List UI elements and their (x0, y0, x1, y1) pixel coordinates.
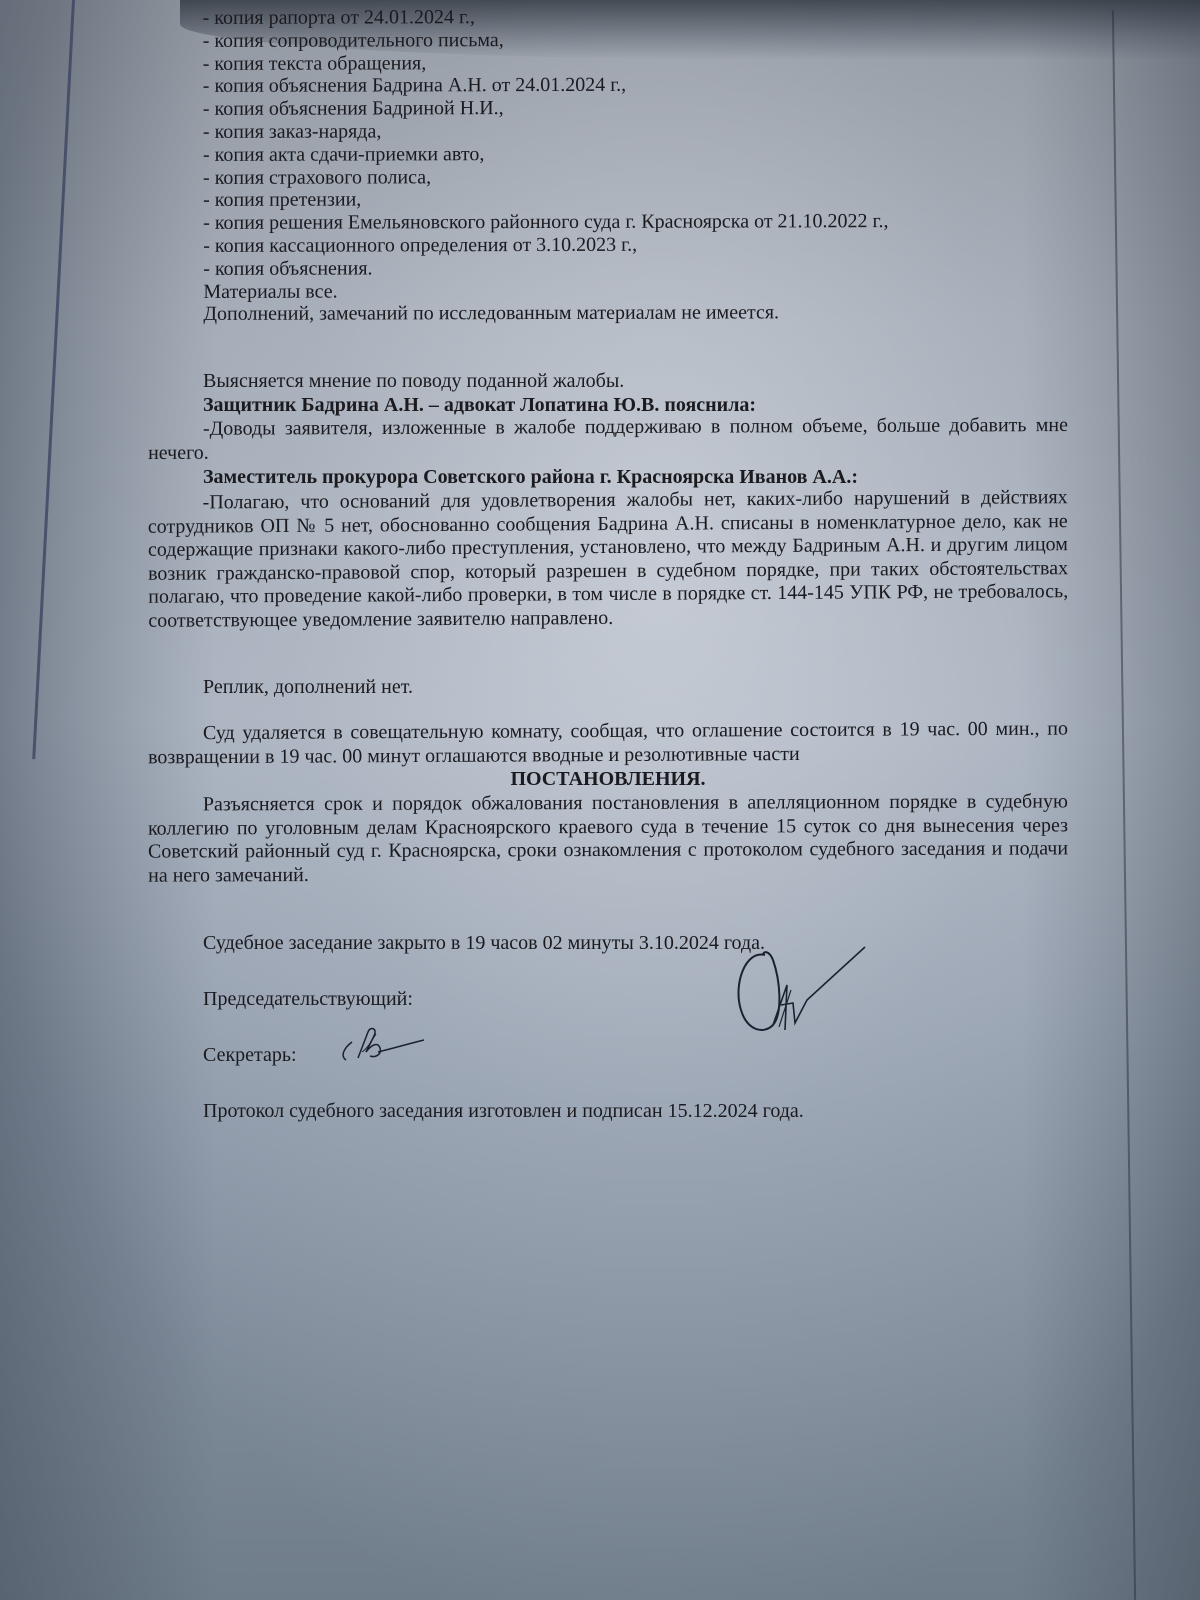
materials-list: - копия рапорта от 24.01.2024 г., - копи… (203, 5, 889, 326)
court-retires-block: Суд удаляется в совещательную комнату, с… (148, 718, 1068, 770)
no-replies: Реплик, дополнений нет. (203, 676, 413, 698)
list-item: - копия заказ-наряда, (203, 119, 888, 144)
defender-heading: Защитник Бадрина А.Н. – адвокат Лопатина… (203, 394, 756, 416)
list-item: - копия объяснения. (203, 256, 888, 281)
prosecutor-statement-block: -Полагаю, что оснований для удовлетворен… (148, 486, 1069, 633)
secretary-signature-icon (338, 1022, 428, 1066)
court-retires: Суд удаляется в совещательную комнату, с… (148, 718, 1068, 768)
list-item: - копия рапорта от 24.01.2024 г., (203, 5, 888, 30)
opinion-intro: Выясняется мнение по поводу поданной жал… (203, 370, 624, 392)
list-item: - копия решения Емельяновского районного… (203, 210, 888, 235)
no-additions: Дополнений, замечаний по исследованным м… (203, 301, 888, 326)
list-item: - копия объяснения Бадрина А.Н. от 24.01… (203, 73, 888, 98)
presiding-signature-icon (735, 945, 875, 1050)
list-item: - копия кассационного определения от 3.1… (203, 233, 888, 258)
prosecutor-statement: -Полагаю, что оснований для удовлетворен… (148, 486, 1069, 631)
document-page: - копия рапорта от 24.01.2024 г., - копи… (0, 0, 1200, 1600)
list-item: - копия текста обращения, (203, 51, 888, 76)
prosecutor-heading: Заместитель прокурора Советского района … (203, 466, 858, 488)
list-item: - копия претензии, (203, 187, 888, 212)
presiding-label: Председательствующий: (203, 988, 413, 1010)
list-item: - копия страхового полиса, (203, 165, 888, 190)
list-item: - копия акта сдачи-приемки авто, (203, 142, 888, 167)
ruling-title: ПОСТАНОВЛЕНИЯ. (148, 768, 1068, 790)
protocol-signed: Протокол судебного заседания изготовлен … (203, 1100, 804, 1122)
secretary-label: Секретарь: (203, 1044, 297, 1066)
defender-statement: -Доводы заявителя, изложенные в жалобе п… (148, 414, 1068, 464)
defender-statement-block: -Доводы заявителя, изложенные в жалобе п… (148, 414, 1068, 465)
materials-all: Материалы все. (203, 279, 888, 304)
list-item: - копия объяснения Бадриной Н.И., (203, 96, 888, 121)
appeal-explanation-block: Разъясняется срок и порядок обжалования … (148, 790, 1068, 887)
session-closed: Судебное заседание закрыто в 19 часов 02… (203, 932, 765, 954)
appeal-explanation: Разъясняется срок и порядок обжалования … (148, 790, 1068, 886)
list-item: - копия сопроводительного письма, (203, 28, 888, 53)
